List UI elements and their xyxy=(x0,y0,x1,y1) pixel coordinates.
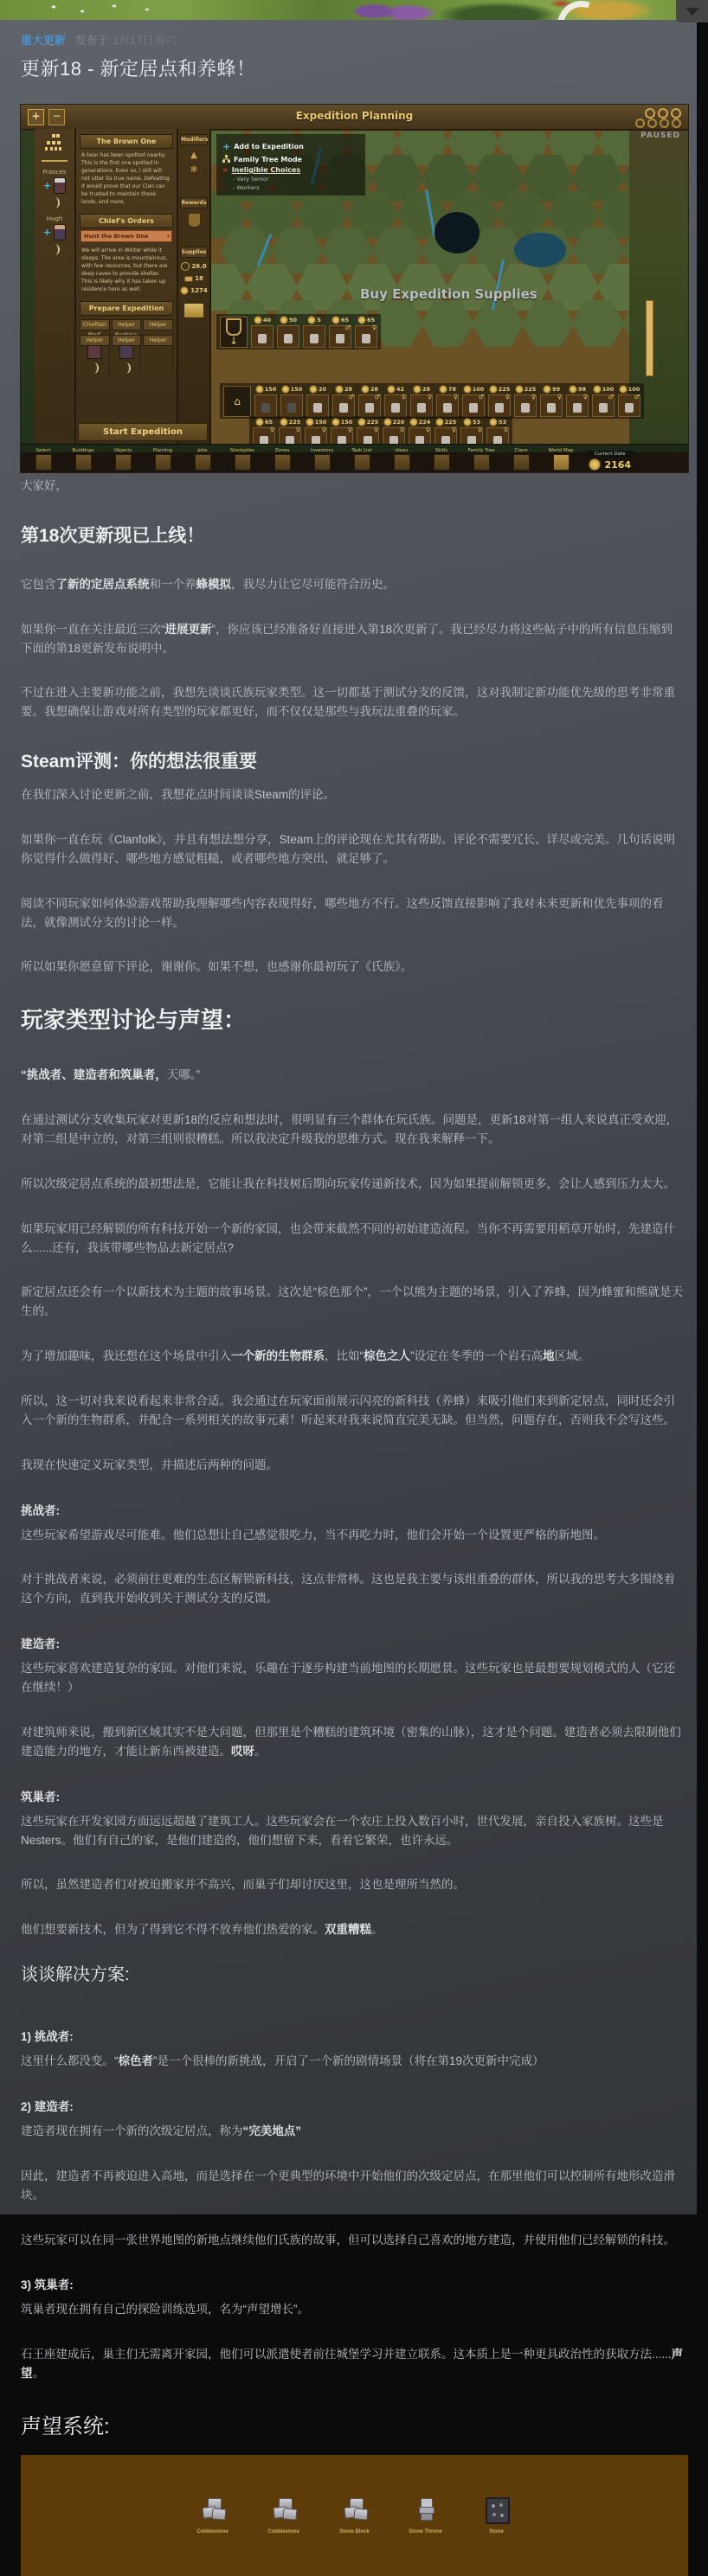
shop-item: 28♀ xyxy=(410,385,433,417)
character-portrait xyxy=(54,177,66,194)
shop-item: 100♂ xyxy=(618,385,640,417)
item-slot xyxy=(306,394,329,417)
money-amount: 2164 xyxy=(604,459,631,471)
settings-icons xyxy=(645,108,681,119)
coin-icon xyxy=(543,385,551,394)
section-heading: 玩家类型讨论与声望： xyxy=(21,1003,683,1035)
shop-item: 65♀ xyxy=(355,316,377,348)
rewards-header: Rewards xyxy=(180,197,208,208)
chevron-down-icon xyxy=(685,8,699,16)
coin-icon xyxy=(281,385,290,394)
coin-icon xyxy=(254,316,262,324)
helper-slot-header: Helper xyxy=(80,335,110,346)
add-character-icon: + xyxy=(43,180,51,191)
paragraph: 这些玩家在开发家园方面远远超越了建筑工人。这些玩家会在一个农庄上投入数百小时，世… xyxy=(21,1812,683,1850)
game-bottom-toolbar: SelectBuildingsObjectsPlantingJobsStockp… xyxy=(21,444,688,472)
coin-icon xyxy=(435,418,444,426)
toolbar-item-skills: Skills xyxy=(422,448,461,471)
paragraph: 对建筑师来说，搬到新区域其实不是大问题，但那里是个糟糕的建筑环境（密集的山脉），… xyxy=(21,1723,683,1761)
character-name: Frances xyxy=(35,169,74,176)
role-header: Helper xyxy=(143,319,173,330)
paragraph: 这里什么都没变。“棕色者”是一个很棒的新挑战，开启了一个新的剧情场景（将在第19… xyxy=(21,2052,683,2071)
item-slot: ♂ xyxy=(462,394,485,417)
map-edge-art xyxy=(21,129,35,472)
item-slot: ♀ xyxy=(514,394,537,417)
coin-icon xyxy=(309,385,318,394)
hex-world-map: + Add to Expedition Family Tree Mode × I… xyxy=(211,129,688,446)
toolbar-item-buildings: Buildings xyxy=(63,448,103,471)
coin-icon xyxy=(280,316,288,324)
shop-item: 40 xyxy=(251,316,274,348)
coin-icon xyxy=(489,385,498,394)
coin-icon xyxy=(255,418,264,426)
coin-icon xyxy=(383,418,392,426)
helper-slot-header: Helper xyxy=(143,335,173,346)
character-name: Hugh xyxy=(35,215,74,222)
item-slot: ♂ xyxy=(332,394,355,417)
shop-item: 225♀ xyxy=(514,385,537,417)
article-body: 大家好，第18次更新现已上线！它包含了新的定居点系统和一个养蜂模拟，我尽力让它尽… xyxy=(0,472,697,2214)
paused-indicator: PAUSED xyxy=(640,131,680,140)
family-tree-icon xyxy=(43,134,66,151)
expedition-planning-title: Expedition Planning xyxy=(296,110,414,122)
paragraph: 在通过测试分支收集玩家对更新18的反应和想法时，很明显有三个群体在玩氏族。问题是… xyxy=(21,1111,683,1149)
paragraph: 在我们深入讨论更新之前，我想花点时间谈谈Steam的评论。 xyxy=(21,785,683,804)
shop-item: 225♀ xyxy=(357,418,379,446)
shop-item: 150 xyxy=(280,385,303,417)
coin-icon xyxy=(589,458,601,471)
game-logo-partial xyxy=(550,0,614,20)
bow-skill-icon xyxy=(50,197,60,208)
coin-icon xyxy=(413,385,422,394)
paragraph: 所以次级定居点系统的最初想法是，它能让我在科技树后期向玩家传递新技术，因为如果提… xyxy=(21,1175,683,1194)
item-slot: ♂ xyxy=(358,394,381,417)
coin-icon xyxy=(569,385,577,394)
gear-icon xyxy=(671,108,681,119)
toolbar-item-clans: Clans xyxy=(501,448,541,471)
coin-icon xyxy=(463,418,472,426)
coin-icon xyxy=(409,418,418,426)
coin-icon xyxy=(331,316,340,324)
item-slot xyxy=(280,394,303,417)
published-prefix: 发布于 xyxy=(74,34,108,47)
shop-item: 5 xyxy=(303,316,325,348)
mountain-modifier-icon: ▲ xyxy=(178,151,209,160)
add-character-icon: + xyxy=(43,227,51,238)
section-label: 2) 建造者: xyxy=(21,2097,683,2114)
start-expedition-button: Start Expedition xyxy=(78,423,208,441)
modifiers-supplies-column: Modifiers ▲ ✻ Rewards Supplies 26.0 18 1… xyxy=(178,129,211,446)
coin-icon xyxy=(357,418,366,426)
dark-site-marker xyxy=(434,212,480,253)
section-label: 1) 挑战者: xyxy=(21,2027,683,2044)
chevron-down-icon: ▾ xyxy=(167,233,170,240)
winter-modifier-icon: ✻ xyxy=(178,165,209,175)
shield-slot-icon: ↓ xyxy=(220,317,248,348)
item-slot: ♀ xyxy=(355,325,377,348)
paragraph: 如果你一直在关注最近三次“进展更新”，你应该已经准备好直接进入第18次更新了。我… xyxy=(21,620,683,658)
paragraph: 建造者现在拥有一个新的次级定居点，称为“完美地点” xyxy=(21,2122,683,2141)
fastest-icon xyxy=(672,119,681,128)
post-header: 重大更新 发布于 1月17日周六 更新18 - 新定居点和养蜂！ xyxy=(0,20,697,81)
zoom-in-button: + xyxy=(28,109,44,125)
shop-item: 50 xyxy=(277,316,299,348)
shop-item: 100♂ xyxy=(592,385,615,417)
top-art-banner xyxy=(0,0,708,20)
prepare-expedition-header: Prepare Expedition xyxy=(80,301,173,316)
order-description: We will arrive in Winter while it sleeps… xyxy=(76,244,177,296)
clock-icon xyxy=(181,262,190,271)
expedition-main-panel: The Brown One A bear has been spotted ne… xyxy=(76,129,178,446)
item-slot: ♀ xyxy=(566,394,589,417)
toolbar-item-zones: Zones xyxy=(262,448,302,471)
section-label: 建造者: xyxy=(21,1634,683,1651)
item-slot xyxy=(254,394,277,417)
order-dropdown: Hunt the Brown One▾ xyxy=(80,230,172,242)
shop-item: 20 xyxy=(306,385,329,417)
item-slot: ♂ xyxy=(329,325,351,348)
paragraph: 如果你一直在玩《Clanfolk》，并且有想法想分享，Steam上的评论现在尤其… xyxy=(21,830,683,868)
section-heading: 第18次更新现已上线！ xyxy=(21,522,683,548)
buy-expedition-supplies-label: Buy Expedition Supplies xyxy=(360,286,537,302)
coin-icon xyxy=(335,385,344,394)
available-characters-panel: Frances + Hugh + xyxy=(35,129,76,446)
item-slot: ♂ xyxy=(592,394,615,417)
update-type-badge[interactable]: 重大更新 xyxy=(21,34,66,47)
menu-icon xyxy=(658,108,668,119)
pause-icon xyxy=(635,119,645,128)
shop-item: 100♂ xyxy=(462,385,485,417)
paragraph: 对于挑战者来说，必须前往更难的生态区解锁新科技，这点非常棒。这也是我主要与该组重… xyxy=(21,1570,683,1608)
shop-item: 78♀ xyxy=(436,385,459,417)
expedition-context-menu: + Add to Expedition Family Tree Mode × I… xyxy=(216,134,365,195)
coin-icon xyxy=(489,418,498,426)
brown-one-header: The Brown One xyxy=(80,134,173,149)
shop-item: 28♂ xyxy=(332,385,355,417)
shop-item: 225♀ xyxy=(434,418,457,446)
item-slot xyxy=(303,325,325,348)
shop-item: 220♀ xyxy=(383,418,405,446)
paragraph: 不过在进入主要新功能之前，我想先谈谈氏族玩家类型。这一切都基于测试分支的反馈，这… xyxy=(21,683,683,721)
coin-icon xyxy=(593,385,602,394)
menu-add-to-expedition: Add to Expedition xyxy=(234,143,304,151)
family-tree-icon xyxy=(222,155,230,163)
shop-item: 42♀ xyxy=(384,385,407,417)
paragraph: 所以，虽然建造者们对被迫搬家并不高兴，而巢子们却讨厌这里，这也是理所当然的。 xyxy=(21,1875,683,1894)
shop-item: 225♀ xyxy=(279,418,301,446)
lake xyxy=(514,233,566,267)
bow-skill-icon xyxy=(89,362,99,374)
shop-item: 225♀ xyxy=(488,385,511,417)
section-label: 挑战者: xyxy=(21,1501,683,1518)
coin-icon xyxy=(463,385,472,394)
ineligible-reason: - Workers xyxy=(233,184,359,191)
paragraph: 它包含了新的定居点系统和一个养蜂模拟，我尽力让它尽可能符合历史。 xyxy=(21,575,683,594)
coin-icon xyxy=(439,385,447,394)
coin-icon xyxy=(255,385,264,394)
role-header: Helper xyxy=(112,319,142,330)
face-icon xyxy=(645,108,655,119)
paragraph: 所以，这一切对我来说看起来非常合适。我会通过在玩家面前展示闪亮的新科技（养蜂）来… xyxy=(21,1392,683,1430)
current-date-widget: Current Date 2164 xyxy=(586,451,634,471)
reward-shield-icon xyxy=(188,213,201,227)
house-slot-icon: ⌂ xyxy=(223,386,251,417)
supply-shop-row: ↓4050565♂65♀ xyxy=(216,314,381,349)
shop-item: 224♀ xyxy=(409,418,431,446)
supplies-header: Supplies xyxy=(180,247,208,258)
shop-item: 53♀ xyxy=(486,418,509,446)
shop-item: 150♀ xyxy=(305,418,327,446)
current-date-label: Current Date xyxy=(586,451,634,458)
item-slot xyxy=(277,325,299,348)
modifiers-header: Modifiers xyxy=(180,134,208,145)
paragraph: 大家好， xyxy=(21,477,683,496)
toolbar-item-select: Select xyxy=(23,448,63,471)
shop-item: 28♂ xyxy=(358,385,381,417)
brown-one-story: A bear has been spotted nearby. This is … xyxy=(76,149,177,208)
item-slot: ♀ xyxy=(436,394,459,417)
shop-item: 150 xyxy=(254,385,277,417)
section-heading: 谈谈解决方案: xyxy=(21,1960,683,1985)
menu-family-tree-mode: Family Tree Mode xyxy=(234,156,302,163)
paragraph: 如果玩家用已经解锁的所有科技开始一个新的家园，也会带来截然不同的初始建造流程。当… xyxy=(21,1220,683,1258)
coin-icon xyxy=(515,385,524,394)
toolbar-item-jobs: Jobs xyxy=(183,448,222,471)
paragraph: 所以如果你愿意留下评论，谢谢你。如果不想，也感谢你最初玩了《氏族》。 xyxy=(21,958,683,977)
supply-chest-icon xyxy=(183,302,205,319)
shop-item: 150♀ xyxy=(331,418,353,446)
collapse-button[interactable] xyxy=(676,0,708,22)
screenshot-titlebar: + − Expedition Planning xyxy=(21,105,688,131)
paragraph: 他们想要新技术，但为了得到它不得不放弃他们热爱的家。双重糟糕。 xyxy=(21,1920,683,1939)
update-hero-screenshot[interactable]: + Add to Expedition Family Tree Mode × I… xyxy=(21,105,688,472)
toolbar-item-objects: Objects xyxy=(103,448,143,471)
toolbar-item-planting: Planting xyxy=(143,448,183,471)
play-icon xyxy=(647,119,657,128)
toolbar-item-ideas: Ideas xyxy=(382,448,422,471)
divider xyxy=(42,160,68,162)
shop-item: 53♀ xyxy=(460,418,483,446)
paragraph: “挑战者、建造者和筑巢者，天哪。” xyxy=(21,1066,683,1085)
paragraph: 这些玩家喜欢建造复杂的家园。对他们来说，乐趣在于逐步构建当前地图的长期愿景。这些… xyxy=(21,1659,683,1697)
coin-icon xyxy=(619,385,628,394)
travel-time: 26.0 xyxy=(191,263,206,270)
paragraph: 我现在快速定义玩家类型，并描述后两种的问题。 xyxy=(21,1456,683,1475)
shop-item: 99♀ xyxy=(540,385,563,417)
published-date: 1月17日周六 xyxy=(113,34,177,47)
bow-skill-icon xyxy=(50,244,60,255)
paragraph: 因此，建造者不再被迫进入高地，而是选择在一个更典型的环境中开始他们的次级定居点，… xyxy=(21,2167,683,2205)
toolbar-item-family-tree: Family Tree xyxy=(461,448,501,471)
menu-ineligible-choices: Ineligible Choices xyxy=(232,166,300,174)
item-slot: ♀ xyxy=(540,394,563,417)
section-heading: Steam评测：你的想法很重要 xyxy=(21,747,683,773)
paragraph: 新定居点还会有一个以新技术为主题的故事场景。这次是“棕色那个”，一个以熊为主题的… xyxy=(21,1283,683,1321)
post-title: 更新18 - 新定居点和养蜂！ xyxy=(21,54,676,81)
supply-shop-row: ⌂1501502028♂28♂42♀28♀78♀100♂225♀225♀99♀9… xyxy=(220,383,644,419)
announcement-page: 重大更新 发布于 1月17日周六 更新18 - 新定居点和养蜂！ + Add t… xyxy=(0,20,697,2214)
coin-icon xyxy=(387,385,396,394)
shop-item: 65♂ xyxy=(329,316,351,348)
item-slot: ♀ xyxy=(410,394,433,417)
coin-count: 1274 xyxy=(190,287,207,294)
plus-icon: + xyxy=(222,141,230,152)
food-icon xyxy=(184,276,193,282)
shop-item: 65♀ xyxy=(253,418,275,446)
character-portrait xyxy=(54,224,66,240)
chiefs-orders-header: Chief's Orders xyxy=(80,214,173,228)
toolbar-item-world-map: World Map xyxy=(541,448,581,471)
role-header: Chieftain xyxy=(80,319,110,330)
item-slot xyxy=(251,325,274,348)
helper-slot-header: Helper xyxy=(112,335,142,346)
toolbar-item-stockpiles: Stockpiles xyxy=(222,448,262,471)
coin-icon xyxy=(180,286,189,295)
food-count: 18 xyxy=(195,275,203,282)
shop-item: 98♀ xyxy=(566,385,589,417)
supply-shop-row: 65♀225♀150♀150♀225♀220♀224♀225♀53♀53♀ xyxy=(249,416,512,446)
toolbar-item-task-list: Task List xyxy=(342,448,382,471)
ineligible-reason: - Very Senior xyxy=(233,176,359,183)
paragraph: 阅读不同玩家如何体验游戏帮助我理解哪些内容表现得好，哪些地方不行。这些反馈直接影… xyxy=(21,894,683,932)
coin-icon xyxy=(357,316,366,324)
paragraph: 这些玩家希望游戏尽可能难。他们总想让自己感觉很吃力，当不再吃力时，他们会开始一个… xyxy=(21,1526,683,1545)
item-slot: ♂ xyxy=(618,394,640,417)
speed-control-icons xyxy=(635,119,681,128)
item-slot: ♀ xyxy=(488,394,511,417)
map-scrollbar xyxy=(646,300,653,376)
toolbar-item-inventory: Inventory xyxy=(302,448,342,471)
zoom-out-button: − xyxy=(48,109,65,125)
section-label: 筑巢者: xyxy=(21,1787,683,1804)
coin-icon xyxy=(361,385,370,394)
item-slot: ♀ xyxy=(384,394,407,417)
coin-icon xyxy=(307,316,316,324)
fast-icon xyxy=(660,119,669,128)
coin-icon xyxy=(331,418,340,426)
paragraph: 为了增加趣味，我还想在这个场景中引入一个新的生物群系，比如“棕色之人”设定在冬季… xyxy=(21,1347,683,1366)
x-icon: × xyxy=(222,166,228,174)
coin-icon xyxy=(306,418,314,426)
bow-skill-icon xyxy=(121,362,131,374)
coin-icon xyxy=(280,418,288,426)
